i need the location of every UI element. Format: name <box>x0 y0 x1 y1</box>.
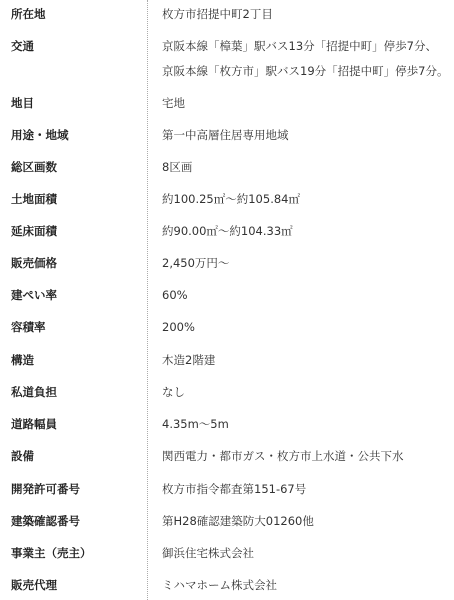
row-label: 総区画数 <box>0 158 147 176</box>
spec-row-land-category: 地目 宅地 <box>0 94 454 112</box>
spec-row-total-lots: 総区画数 8区画 <box>0 158 454 176</box>
row-label: 土地面積 <box>0 190 147 208</box>
row-value: 60% <box>147 286 188 304</box>
spec-row-access: 交通 京阪本線「樟葉」駅バス13分「招提中町」停歩7分、 京阪本線「枚方市」駅バ… <box>0 37 454 84</box>
row-value: 8区画 <box>147 158 192 176</box>
row-value: 2,450万円～ <box>147 254 229 272</box>
row-label: 開発許可番号 <box>0 480 147 498</box>
spec-row-building-confirmation: 建築確認番号 第H28確認建築防大01260他 <box>0 512 454 530</box>
row-label: 地目 <box>0 94 147 112</box>
row-value: なし <box>147 383 185 401</box>
row-label: 延床面積 <box>0 222 147 240</box>
access-line-1: 京阪本線「樟葉」駅バス13分「招提中町」停歩7分、 <box>162 34 448 59</box>
spec-row-land-area: 土地面積 約100.25㎡～約105.84㎡ <box>0 190 454 208</box>
row-value: 枚方市招提中町2丁目 <box>147 5 273 23</box>
row-value: ミハマホーム株式会社 <box>147 576 277 594</box>
spec-row-zoning: 用途・地域 第一中高層住居専用地域 <box>0 126 454 144</box>
row-value: 200% <box>147 318 195 336</box>
row-label: 道路幅員 <box>0 415 147 433</box>
row-value: 約100.25㎡～約105.84㎡ <box>147 190 300 208</box>
spec-row-price: 販売価格 2,450万円～ <box>0 254 454 272</box>
row-label: 構造 <box>0 351 147 369</box>
row-value: 御浜住宅株式会社 <box>147 544 254 562</box>
row-value: 宅地 <box>147 94 185 112</box>
row-value: 約90.00㎡～約104.33㎡ <box>147 222 293 240</box>
access-line-2: 京阪本線「枚方市」駅バス19分「招提中町」停歩7分。 <box>162 59 448 84</box>
row-value: 京阪本線「樟葉」駅バス13分「招提中町」停歩7分、 京阪本線「枚方市」駅バス19… <box>147 34 448 84</box>
row-label: 交通 <box>0 37 147 55</box>
row-label: 所在地 <box>0 5 147 23</box>
row-label: 容積率 <box>0 318 147 336</box>
row-label: 建築確認番号 <box>0 512 147 530</box>
spec-row-floor-area: 延床面積 約90.00㎡～約104.33㎡ <box>0 222 454 240</box>
row-value: 4.35m～5m <box>147 415 229 433</box>
row-label: 用途・地域 <box>0 126 147 144</box>
row-value: 第一中高層住居専用地域 <box>147 126 289 144</box>
spec-row-facilities: 設備 関西電力・都市ガス・枚方市上水道・公共下水 <box>0 447 454 465</box>
row-value: 木造2階建 <box>147 351 215 369</box>
row-label: 設備 <box>0 447 147 465</box>
row-value: 枚方市指令都査第151-67号 <box>147 480 306 498</box>
spec-row-sales-agent: 販売代理 ミハマホーム株式会社 <box>0 576 454 594</box>
spec-row-building-coverage: 建ぺい率 60% <box>0 286 454 304</box>
property-spec-table: 所在地 枚方市招提中町2丁目 交通 京阪本線「樟葉」駅バス13分「招提中町」停歩… <box>0 0 454 600</box>
row-label: 建ぺい率 <box>0 286 147 304</box>
row-label: 私道負担 <box>0 383 147 401</box>
spec-row-development-permit: 開発許可番号 枚方市指令都査第151-67号 <box>0 480 454 498</box>
spec-row-developer: 事業主（売主） 御浜住宅株式会社 <box>0 544 454 562</box>
spec-row-private-road: 私道負担 なし <box>0 383 454 401</box>
row-value: 関西電力・都市ガス・枚方市上水道・公共下水 <box>147 447 404 465</box>
spec-row-location: 所在地 枚方市招提中町2丁目 <box>0 5 454 23</box>
spec-row-structure: 構造 木造2階建 <box>0 351 454 369</box>
spec-row-road-width: 道路幅員 4.35m～5m <box>0 415 454 433</box>
row-label: 販売代理 <box>0 576 147 594</box>
row-label: 販売価格 <box>0 254 147 272</box>
row-value: 第H28確認建築防大01260他 <box>147 512 314 530</box>
spec-row-floor-area-ratio: 容積率 200% <box>0 318 454 336</box>
row-label: 事業主（売主） <box>0 544 147 562</box>
